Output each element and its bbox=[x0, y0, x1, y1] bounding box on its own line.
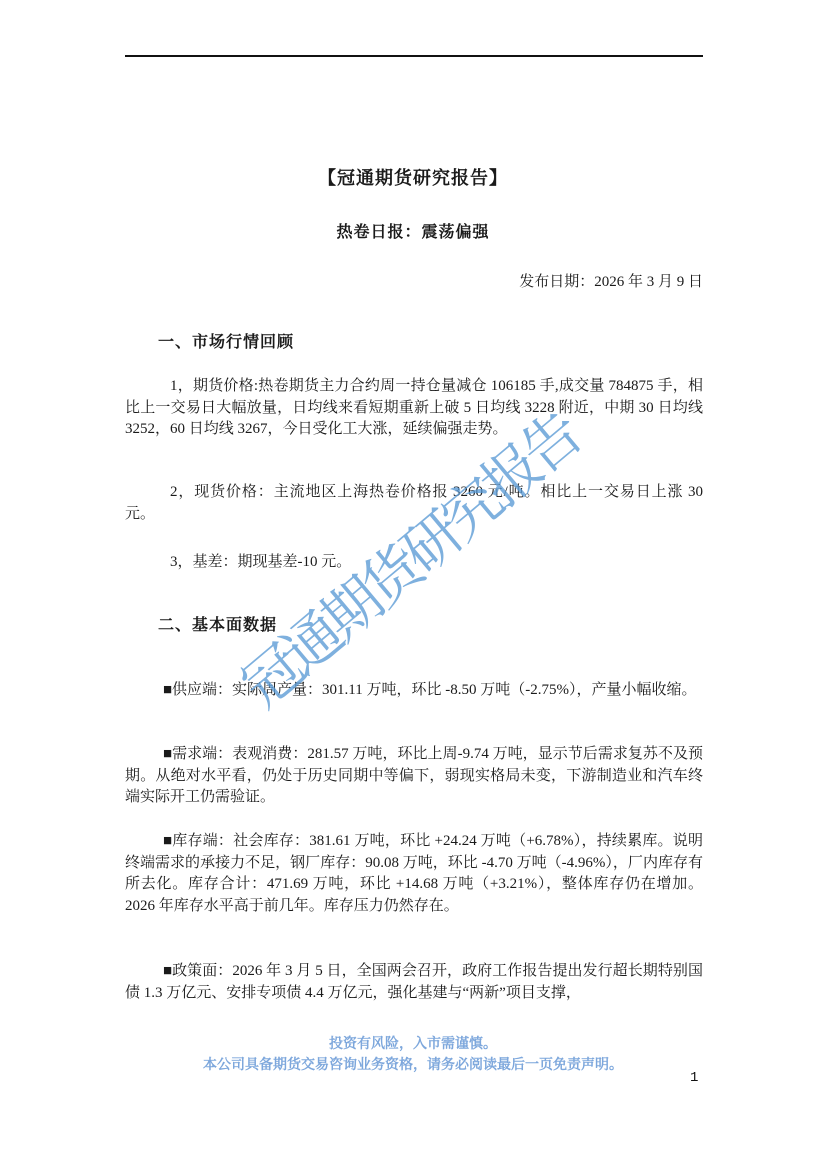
report-subtitle: 热卷日报：震荡偏强 bbox=[0, 222, 826, 244]
section-heading-fundamentals: 二、基本面数据 bbox=[158, 615, 277, 637]
paragraph-supply: ■供应端：实际周产量：301.11 万吨，环比 -8.50 万吨（-2.75%）… bbox=[125, 680, 703, 702]
report-title: 【冠通期货研究报告】 bbox=[0, 166, 826, 190]
section-heading-market-review: 一、市场行情回顾 bbox=[158, 332, 294, 354]
paragraph-inventory: ■库存端：社会库存：381.61 万吨，环比 +24.24 万吨（+6.78%）… bbox=[125, 831, 703, 917]
footer-disclaimer-notice: 本公司具备期货交易咨询业务资格，请务必阅读最后一页免责声明。 bbox=[0, 1056, 826, 1077]
paragraph-spot-price: 2，现货价格：主流地区上海热卷价格报 3260 元/吨。相比上一交易日上涨 30… bbox=[125, 482, 703, 525]
paragraph-policy: ■政策面：2026 年 3 月 5 日，全国两会召开，政府工作报告提出发行超长期… bbox=[125, 961, 703, 1004]
report-page: 【冠通期货研究报告】 热卷日报：震荡偏强 发布日期：2026 年 3 月 9 日… bbox=[0, 0, 826, 1169]
footer-risk-warning: 投资有风险，入市需谨慎。 bbox=[0, 1035, 826, 1056]
paragraph-demand: ■需求端：表观消费：281.57 万吨，环比上周-9.74 万吨，显示节后需求复… bbox=[125, 744, 703, 809]
page-footer: 投资有风险，入市需谨慎。 本公司具备期货交易咨询业务资格，请务必阅读最后一页免责… bbox=[0, 1035, 826, 1076]
publish-date: 发布日期：2026 年 3 月 9 日 bbox=[125, 271, 703, 293]
paragraph-basis: 3，基差：期现基差-10 元。 bbox=[125, 552, 703, 574]
paragraph-futures-price: 1，期货价格:热卷期货主力合约周一持仓量减仓 106185 手,成交量 7848… bbox=[125, 376, 703, 441]
header-rule bbox=[125, 55, 703, 57]
page-number: 1 bbox=[690, 1069, 698, 1087]
